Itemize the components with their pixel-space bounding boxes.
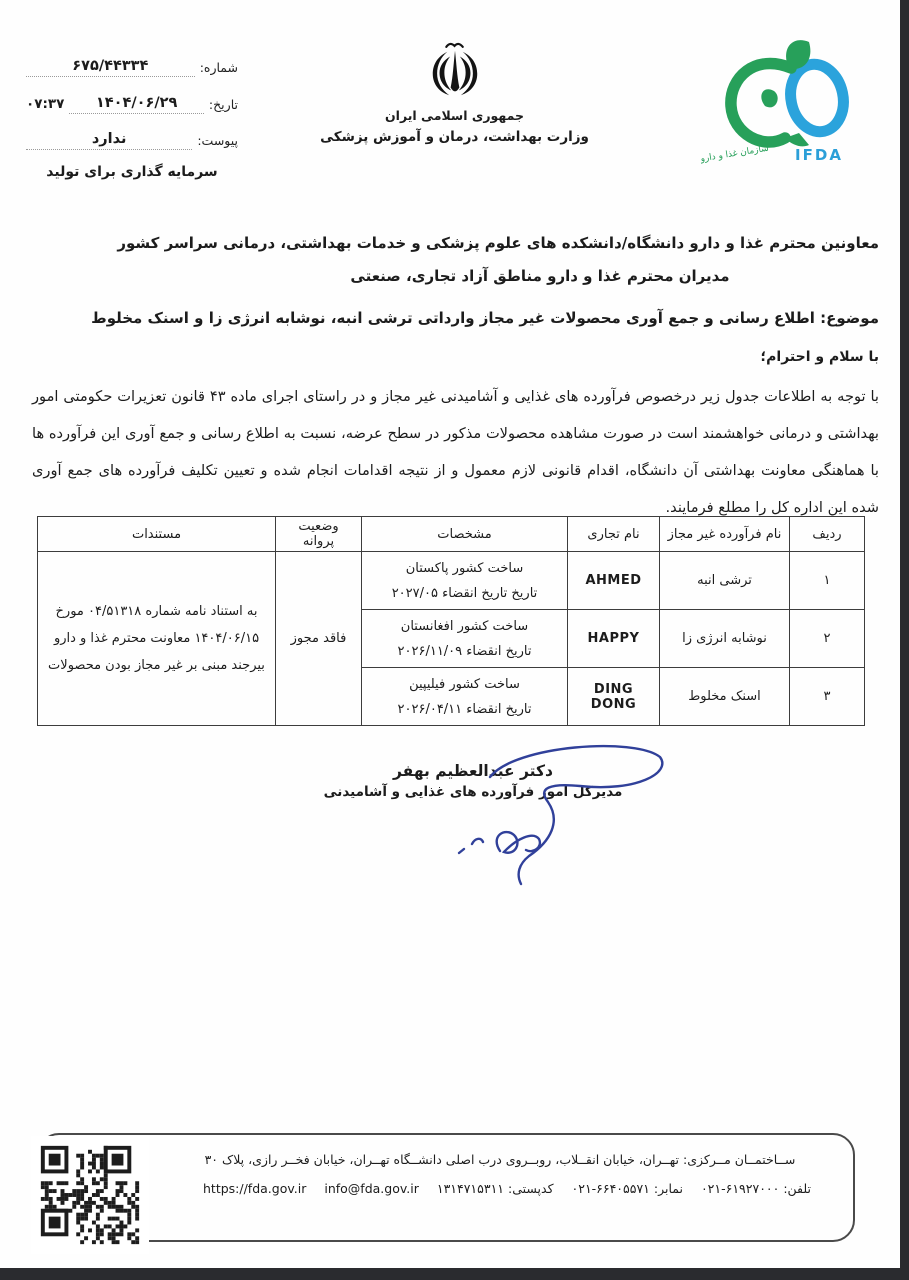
specs-origin: ساخت کشور پاکستان [368,556,561,581]
ifda-logo-icon: IFDA سازمان غذا و دارو [701,38,881,168]
footer-lines: ســاختمــان مــرکزی: تهــران، خیابان انق… [157,1135,843,1240]
number-value: ۶۷۵/۴۴۳۳۴ [26,58,195,77]
subject-line: موضوع: اطلاع رسانی و جمع آوری محصولات غی… [30,309,879,327]
product-name: اسنک مخلوط [660,668,790,726]
attachment-label: پیوست: [197,133,238,150]
row-index: ۱ [790,552,865,610]
ifda-logo: IFDA سازمان غذا و دارو [701,38,881,168]
addressee-line-1: معاونین محترم غذا و دارو دانشگاه/دانشکده… [30,234,879,252]
col-header-license: وضعیت پروانه [276,517,362,552]
product-specs: ساخت کشور پاکستان تاریخ تاریخ انقضاء ۲۰۲… [362,552,568,610]
col-header-docs: مستندات [38,517,276,552]
iran-emblem-icon [426,40,484,104]
row-index: ۳ [790,668,865,726]
date-value: ۱۴۰۴/۰۶/۲۹ [69,95,204,114]
page-edge-right [900,0,909,1280]
table-header-row: ردیف نام فرآورده غیر مجاز نام تجاری مشخص… [38,517,865,552]
government-name: جمهوری اسلامی ایران [295,108,615,123]
postal-value: ۱۳۱۴۷۱۵۳۱۱ [437,1181,504,1196]
signer-title: مدیرکل امور فرآورده های غذایی و آشامیدنی [318,784,628,800]
website-text: https://fda.gov.ir [203,1181,306,1196]
footer-email: info@fda.gov.ir [324,1181,419,1196]
specs-origin: ساخت کشور فیلیپین [368,672,561,697]
handwritten-signature [420,735,680,895]
product-name: نوشابه انرژی زا [660,610,790,668]
fax-value: ۰۲۱-۶۶۴۰۵۵۷۱ [572,1181,650,1196]
footer-fax: نمابر: ۰۲۱-۶۶۴۰۵۵۷۱ [568,1181,683,1196]
scanned-letter-page: شماره: ۶۷۵/۴۴۳۳۴ تاریخ: ۱۴۰۴/۰۶/۲۹ ۰۷:۳۷… [0,0,909,1280]
footer-website: https://fda.gov.ir [203,1181,306,1196]
attachment-value: ندارد [26,131,192,150]
license-status: فاقد مجوز [276,552,362,726]
footer-address: ســاختمــان مــرکزی: تهــران، خیابان انق… [157,1152,843,1167]
email-text: info@fda.gov.ir [324,1181,419,1196]
letter-date-row: تاریخ: ۱۴۰۴/۰۶/۲۹ ۰۷:۳۷ [26,95,238,114]
documentation-cell: به استناد نامه شماره ۰۴/۵۱۳۱۸ مورخ ۱۴۰۴/… [38,552,276,726]
letterhead-center: جمهوری اسلامی ایران وزارت بهداشت، درمان … [295,40,615,145]
phone-label: تلفن: [783,1181,811,1196]
footer-contact-box: ســاختمــان مــرکزی: تهــران، خیابان انق… [37,1133,855,1242]
letter-body: با توجه به اطلاعات جدول زیر درخصوص فرآور… [32,378,879,526]
specs-expiry: تاریخ انقضاء ۲۰۲۶/۱۱/۰۹ [368,639,561,664]
table-row: ۱ ترشی انبه AHMED ساخت کشور پاکستان تاری… [38,552,865,610]
col-header-product: نام فرآورده غیر مجاز [660,517,790,552]
signer-name: دکتر عبدالعظیم بهفر [318,762,628,780]
letter-number-row: شماره: ۶۷۵/۴۴۳۳۴ [26,58,238,77]
ifda-logo-caption: سازمان غذا و دارو [701,144,769,165]
footer-contacts: تلفن: ۰۲۱-۶۱۹۲۷۰۰۰ نمابر: ۰۲۱-۶۶۴۰۵۵۷۱ ک… [157,1181,843,1196]
col-header-specs: مشخصات [362,517,568,552]
fax-label: نمابر: [654,1181,683,1196]
ifda-logo-text: IFDA [795,146,843,164]
specs-expiry: تاریخ انقضاء ۲۰۲۶/۰۴/۱۱ [368,697,561,722]
letterhead-slogan: سرمایه گذاری برای تولید [26,164,238,180]
number-label: شماره: [200,60,238,77]
postal-label: کدپستی: [508,1181,554,1196]
brand-name: DING DONG [568,668,660,726]
col-header-index: ردیف [790,517,865,552]
time-value: ۰۷:۳۷ [26,96,64,114]
qr-code [31,1136,149,1254]
col-header-brand: نام تجاری [568,517,660,552]
unauthorized-products-table: ردیف نام فرآورده غیر مجاز نام تجاری مشخص… [37,516,865,726]
brand-name: AHMED [568,552,660,610]
letter-attachment-row: پیوست: ندارد [26,131,238,150]
phone-value: ۰۲۱-۶۱۹۲۷۰۰۰ [701,1181,779,1196]
product-specs: ساخت کشور فیلیپین تاریخ انقضاء ۲۰۲۶/۰۴/۱… [362,668,568,726]
addressee-line-2: مدیران محترم غذا و دارو مناطق آزاد تجاری… [260,267,820,285]
specs-origin: ساخت کشور افغانستان [368,614,561,639]
brand-name: HAPPY [568,610,660,668]
date-label: تاریخ: [209,97,238,114]
footer-postal-code: کدپستی: ۱۳۱۴۷۱۵۳۱۱ [433,1181,554,1196]
salutation: با سلام و احترام؛ [761,349,879,365]
product-specs: ساخت کشور افغانستان تاریخ انقضاء ۲۰۲۶/۱۱… [362,610,568,668]
footer-phone: تلفن: ۰۲۱-۶۱۹۲۷۰۰۰ [697,1181,811,1196]
ministry-name: وزارت بهداشت، درمان و آموزش پزشکی [295,129,615,145]
product-name: ترشی انبه [660,552,790,610]
specs-expiry: تاریخ تاریخ انقضاء ۲۰۲۷/۰۵ [368,581,561,606]
signature-block: دکتر عبدالعظیم بهفر مدیرکل امور فرآورده … [318,762,628,800]
page-edge-bottom [0,1268,909,1280]
row-index: ۲ [790,610,865,668]
